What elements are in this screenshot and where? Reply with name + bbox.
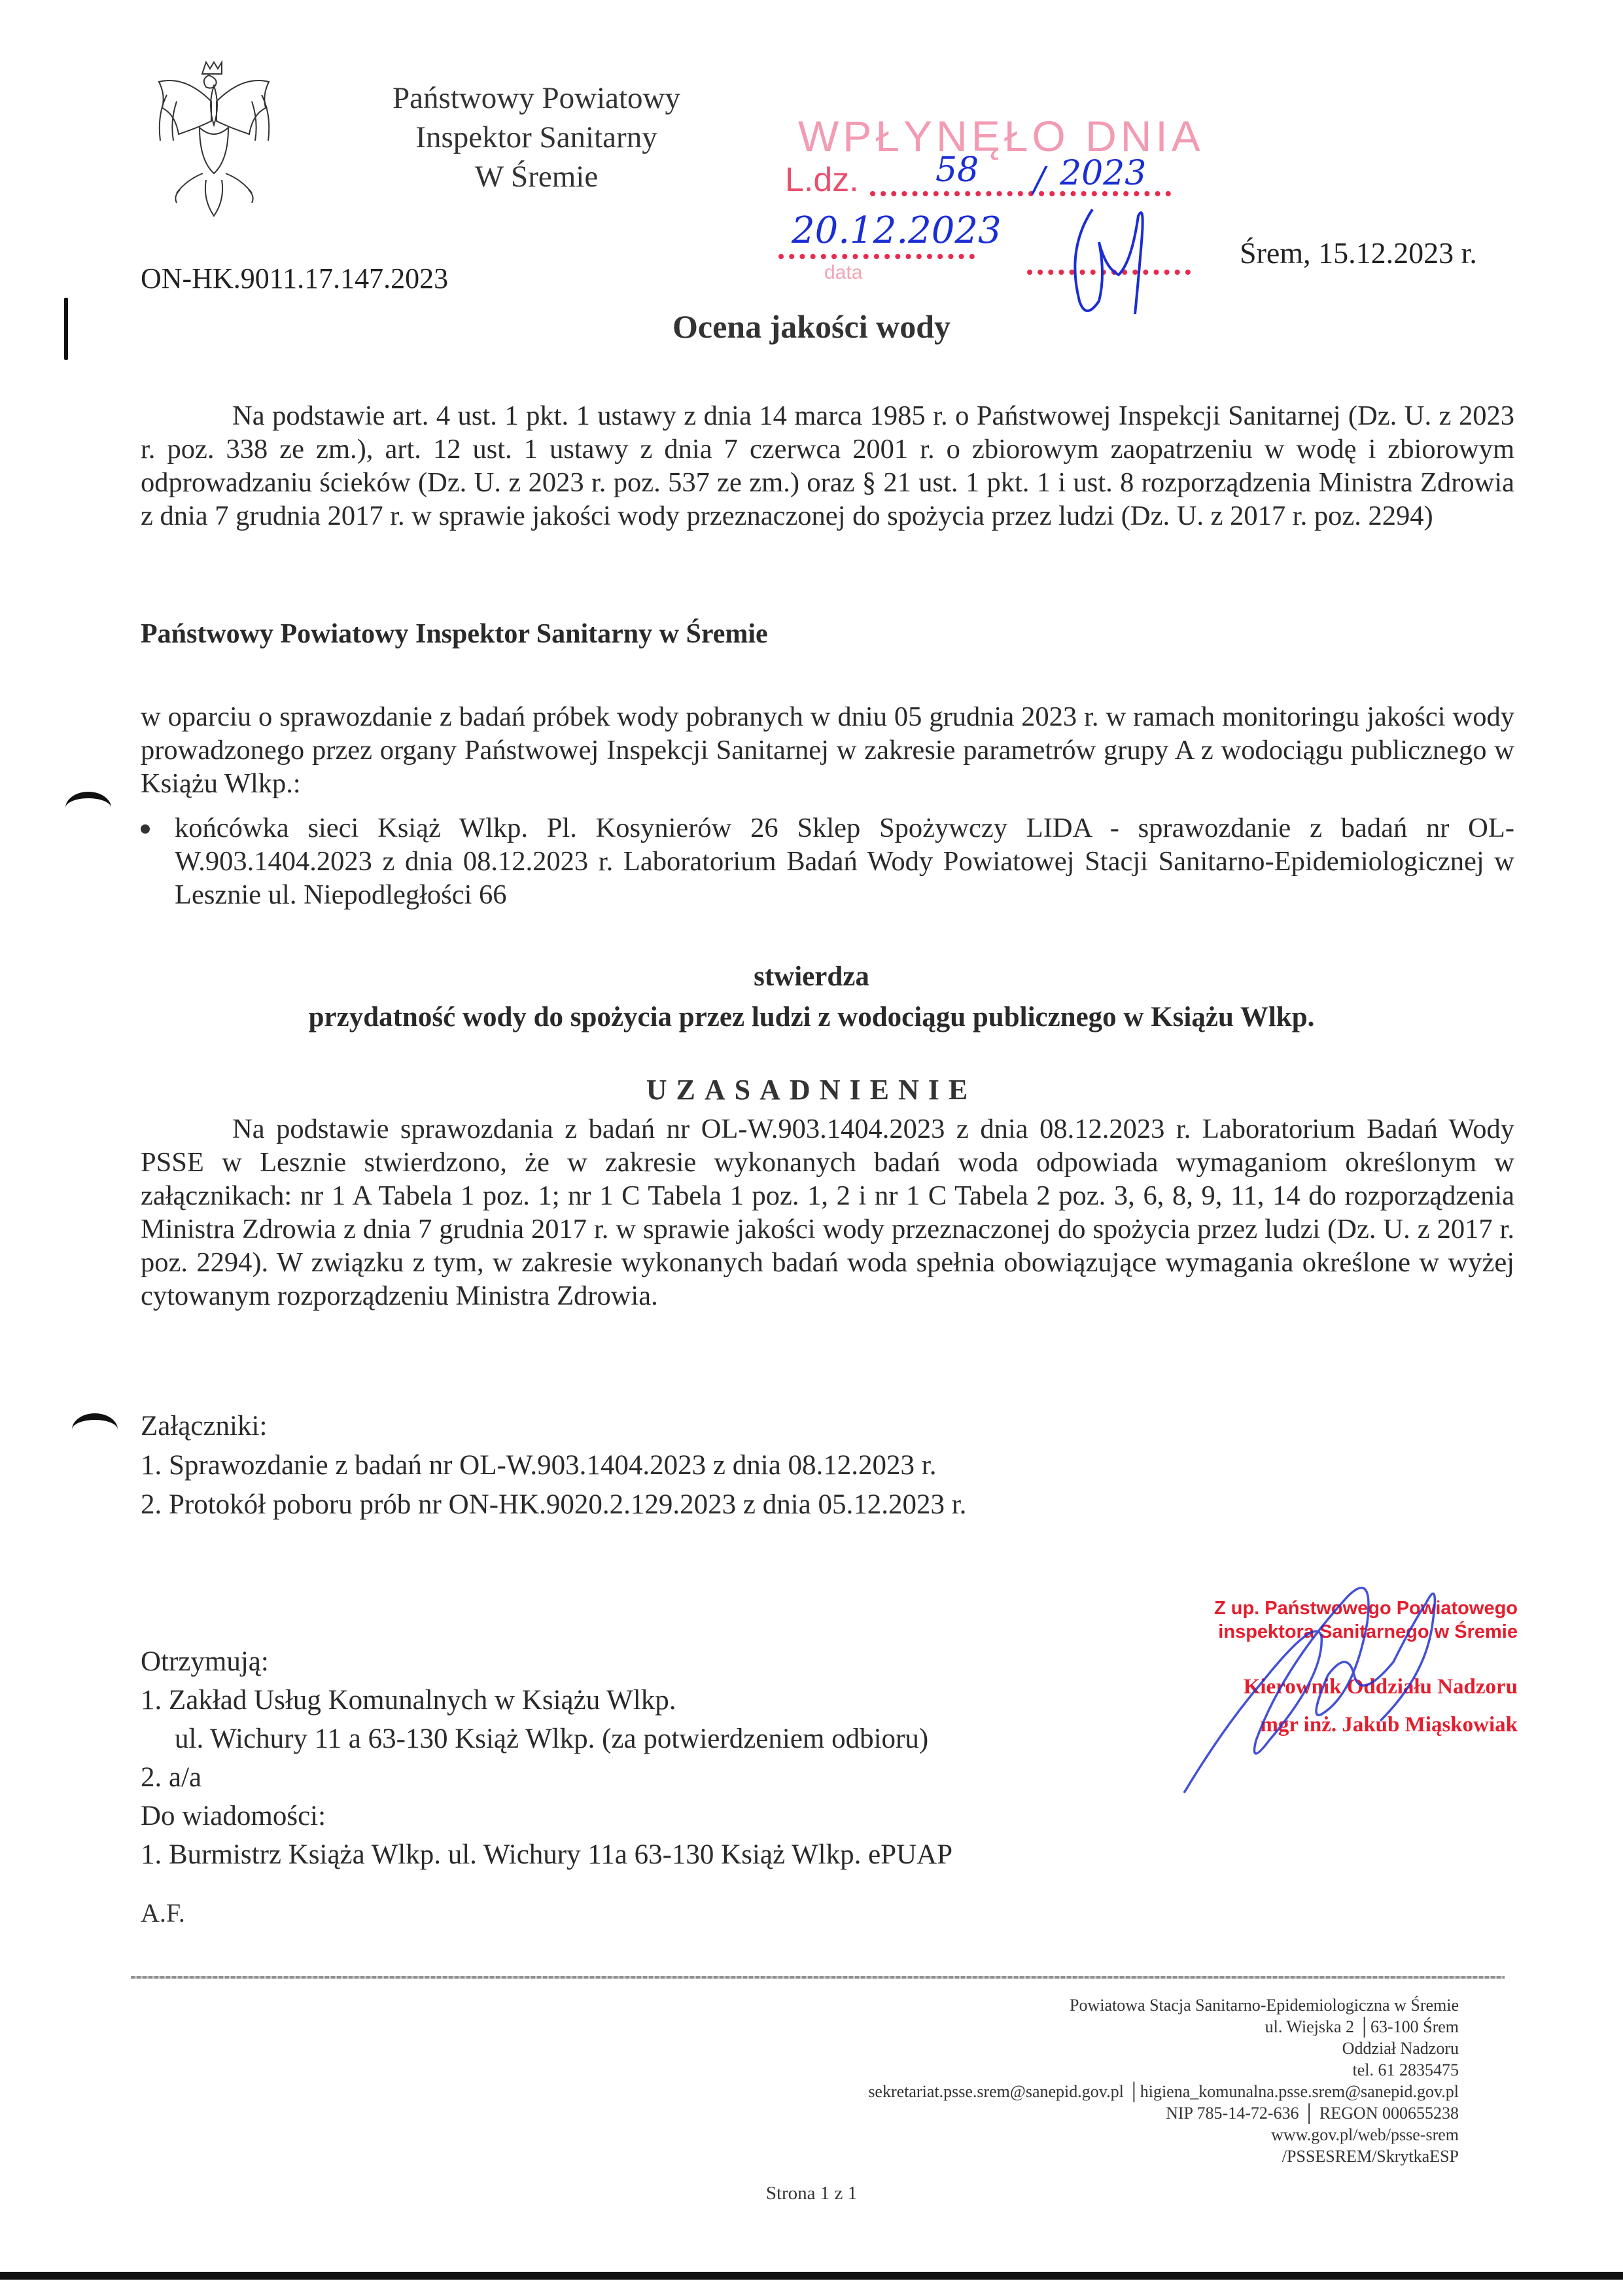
author-initials: A.F. — [141, 1898, 185, 1928]
date-label: data — [824, 262, 862, 284]
punch-hole-mark — [72, 1413, 118, 1446]
distribution-section: Otrzymują: 1. Zakład Usług Komunalnych w… — [141, 1642, 952, 1874]
recipients-label: Otrzymują: — [141, 1642, 952, 1681]
justification-paragraph: Na podstawie sprawozdania z badań nr OL-… — [141, 1112, 1514, 1313]
ldz-separator: / — [1034, 160, 1045, 200]
footer-website: www.gov.pl/web/psse-srem — [720, 2124, 1459, 2146]
received-stamp: WPŁYNĘŁO DNIA L.dz. 58 / 2023 20.12.2023… — [772, 98, 1230, 314]
footer-contact: Powiatowa Stacja Sanitarno-Epidemiologic… — [720, 1994, 1459, 2167]
reference-number: ON-HK.9011.17.147.2023 — [141, 262, 448, 295]
issuer-line: Inspektor Sanitarny — [353, 118, 720, 157]
footer-line: /PSSESREM/SkrytkaESP — [720, 2146, 1459, 2167]
ldz-label: L.dz. — [785, 160, 859, 200]
issuer-header: Państwowy Powiatowy Inspektor Sanitarny … — [353, 79, 720, 196]
stamp-dotted-line — [778, 254, 975, 259]
handwritten-signature-icon — [1178, 1583, 1492, 1799]
bullet-icon — [141, 824, 150, 834]
footer-divider — [131, 1976, 1505, 1979]
justification-heading: UZASADNIENIE — [0, 1073, 1623, 1106]
attachments-label: Załączniki: — [141, 1407, 966, 1446]
footer-line: tel. 61 2835475 — [720, 2059, 1459, 2081]
attachment-item: 2. Protokół poboru prób nr ON-HK.9020.2.… — [141, 1485, 966, 1525]
document-title: Ocena jakości wody — [0, 308, 1623, 345]
footer-line: Powiatowa Stacja Sanitarno-Epidemiologic… — [720, 1994, 1459, 2016]
issuer-line: Państwowy Powiatowy — [353, 79, 720, 118]
attachments-section: Załączniki: 1. Sprawozdanie z badań nr O… — [141, 1407, 966, 1525]
authority-heading: Państwowy Powiatowy Inspektor Sanitarny … — [141, 618, 768, 650]
legal-basis-paragraph: Na podstawie art. 4 ust. 1 pkt. 1 ustawy… — [141, 399, 1514, 533]
recipient-item: 2. a/a — [141, 1758, 952, 1797]
decision-verb: stwierdza — [0, 961, 1623, 993]
footer-line: NIP 785-14-72-636 │ REGON 000655238 — [720, 2102, 1459, 2124]
recipient-item: 1. Zakład Usług Komunalnych w Książu Wlk… — [141, 1681, 952, 1720]
footer-line: Oddział Nadzoru — [720, 2038, 1459, 2059]
info-recipient-item: 1. Burmistrz Książa Wlkp. ul. Wichury 11… — [141, 1835, 952, 1874]
scan-edge — [0, 2272, 1623, 2280]
attachment-item: 1. Sprawozdanie z badań nr OL-W.903.1404… — [141, 1446, 966, 1485]
ldz-year: 2023 — [1060, 154, 1146, 193]
place-and-date: Śrem, 15.12.2023 r. — [1240, 236, 1477, 270]
footer-emails: sekretariat.psse.srem@sanepid.gov.pl │hi… — [720, 2081, 1459, 2102]
sampling-point-text: końcówka sieci Książ Wlkp. Pl. Kosynieró… — [175, 811, 1514, 911]
footer-line: ul. Wiejska 2 │63-100 Śrem — [720, 2016, 1459, 2038]
sampling-point-item: końcówka sieci Książ Wlkp. Pl. Kosynieró… — [141, 811, 1514, 911]
received-date: 20.12.2023 — [792, 209, 1002, 252]
polish-eagle-emblem-icon — [141, 56, 288, 219]
issuer-line: W Śremie — [353, 157, 720, 196]
ldz-number: 58 — [935, 150, 979, 190]
basis-report-paragraph: w oparciu o sprawozdanie z badań próbek … — [141, 700, 1514, 800]
info-label: Do wiadomości: — [141, 1797, 952, 1835]
decision-statement: przydatność wody do spożycia przez ludzi… — [0, 1001, 1623, 1033]
punch-hole-mark — [65, 792, 111, 824]
initials-signature-icon — [1066, 196, 1164, 321]
recipient-address: ul. Wichury 11 a 63-130 Książ Wlkp. (za … — [141, 1720, 952, 1758]
page-number: Strona 1 z 1 — [0, 2183, 1623, 2204]
